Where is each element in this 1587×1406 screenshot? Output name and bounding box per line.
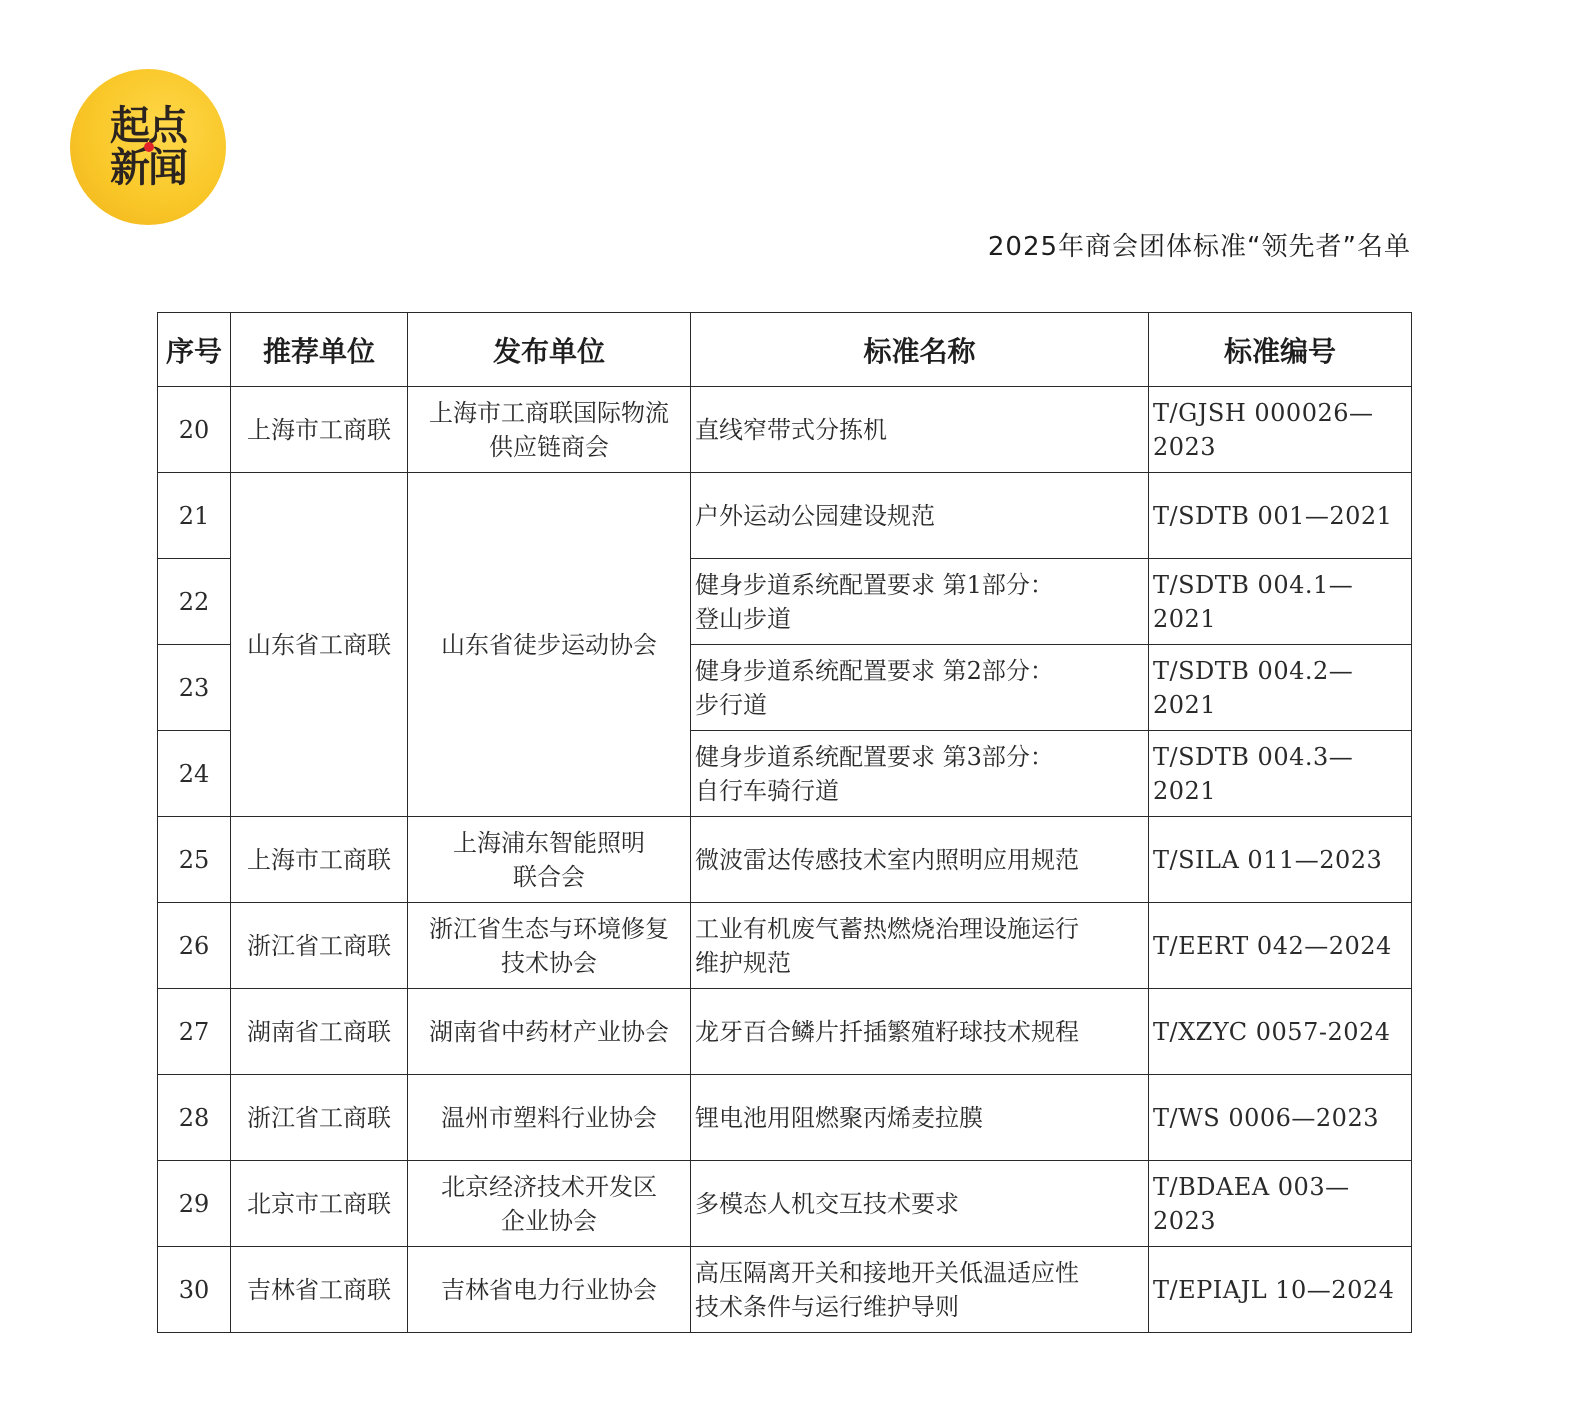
cell-standard-code: T/XZYC 0057-2024	[1149, 989, 1412, 1075]
table-row: 21 山东省工商联 山东省徒步运动协会 户外运动公园建设规范 T/SDTB 00…	[158, 473, 1412, 559]
cell-standard-code: T/BDAEA 003—2023	[1149, 1161, 1412, 1247]
table-row: 29 北京市工商联 北京经济技术开发区企业协会 多模态人机交互技术要求 T/BD…	[158, 1161, 1412, 1247]
cell-standard-name: 直线窄带式分拣机	[691, 387, 1149, 473]
cell-publisher: 山东省徒步运动协会	[408, 473, 691, 817]
cell-recommender: 浙江省工商联	[231, 903, 408, 989]
cell-no: 22	[158, 559, 231, 645]
cell-no: 23	[158, 645, 231, 731]
cell-no: 30	[158, 1247, 231, 1333]
cell-standard-name: 高压隔离开关和接地开关低温适应性技术条件与运行维护导则	[691, 1247, 1149, 1333]
cell-no: 26	[158, 903, 231, 989]
cell-standard-name: 健身步道系统配置要求 第2部分：步行道	[691, 645, 1149, 731]
logo-text-line2: 新闻	[110, 147, 186, 189]
cell-standard-name: 微波雷达传感技术室内照明应用规范	[691, 817, 1149, 903]
cell-publisher: 湖南省中药材产业协会	[408, 989, 691, 1075]
table-header-row: 序号 推荐单位 发布单位 标准名称 标准编号	[158, 313, 1412, 387]
cell-no: 28	[158, 1075, 231, 1161]
table-row: 20 上海市工商联 上海市工商联国际物流供应链商会 直线窄带式分拣机 T/GJS…	[158, 387, 1412, 473]
cell-standard-code: T/EERT 042—2024	[1149, 903, 1412, 989]
cell-no: 25	[158, 817, 231, 903]
cell-recommender: 北京市工商联	[231, 1161, 408, 1247]
cell-standard-code: T/SDTB 004.1—2021	[1149, 559, 1412, 645]
cell-publisher: 吉林省电力行业协会	[408, 1247, 691, 1333]
header-publisher: 发布单位	[408, 313, 691, 387]
cell-standard-code: T/SDTB 004.3—2021	[1149, 731, 1412, 817]
cell-publisher: 温州市塑料行业协会	[408, 1075, 691, 1161]
cell-standard-name: 工业有机废气蓄热燃烧治理设施运行维护规范	[691, 903, 1149, 989]
cell-standard-name: 龙牙百合鳞片扦插繁殖籽球技术规程	[691, 989, 1149, 1075]
cell-publisher: 上海市工商联国际物流供应链商会	[408, 387, 691, 473]
cell-standard-code: T/SILA 011—2023	[1149, 817, 1412, 903]
header-recommender: 推荐单位	[231, 313, 408, 387]
document-title: 2025年商会团体标准“领先者”名单	[988, 226, 1411, 263]
cell-recommender: 山东省工商联	[231, 473, 408, 817]
cell-no: 27	[158, 989, 231, 1075]
table-row: 28 浙江省工商联 温州市塑料行业协会 锂电池用阻燃聚丙烯麦拉膜 T/WS 00…	[158, 1075, 1412, 1161]
cell-recommender: 上海市工商联	[231, 387, 408, 473]
cell-publisher: 上海浦东智能照明联合会	[408, 817, 691, 903]
cell-no: 24	[158, 731, 231, 817]
cell-standard-code: T/GJSH 000026—2023	[1149, 387, 1412, 473]
cell-standard-code: T/WS 0006—2023	[1149, 1075, 1412, 1161]
header-no: 序号	[158, 313, 231, 387]
table-row: 30 吉林省工商联 吉林省电力行业协会 高压隔离开关和接地开关低温适应性技术条件…	[158, 1247, 1412, 1333]
cell-standard-name: 多模态人机交互技术要求	[691, 1161, 1149, 1247]
cell-standard-name: 健身步道系统配置要求 第1部分：登山步道	[691, 559, 1149, 645]
cell-standard-name: 健身步道系统配置要求 第3部分：自行车骑行道	[691, 731, 1149, 817]
header-standard-name: 标准名称	[691, 313, 1149, 387]
logo-red-dot-icon	[144, 142, 154, 152]
cell-publisher: 北京经济技术开发区企业协会	[408, 1161, 691, 1247]
header-standard-code: 标准编号	[1149, 313, 1412, 387]
table-row: 27 湖南省工商联 湖南省中药材产业协会 龙牙百合鳞片扦插繁殖籽球技术规程 T/…	[158, 989, 1412, 1075]
table-row: 26 浙江省工商联 浙江省生态与环境修复技术协会 工业有机废气蓄热燃烧治理设施运…	[158, 903, 1412, 989]
cell-recommender: 上海市工商联	[231, 817, 408, 903]
cell-no: 29	[158, 1161, 231, 1247]
cell-standard-code: T/EPIAJL 10—2024	[1149, 1247, 1412, 1333]
standards-table: 序号 推荐单位 发布单位 标准名称 标准编号 20 上海市工商联 上海市工商联国…	[157, 312, 1412, 1333]
cell-standard-code: T/SDTB 004.2—2021	[1149, 645, 1412, 731]
cell-standard-name: 锂电池用阻燃聚丙烯麦拉膜	[691, 1075, 1149, 1161]
cell-recommender: 吉林省工商联	[231, 1247, 408, 1333]
cell-recommender: 浙江省工商联	[231, 1075, 408, 1161]
cell-standard-code: T/SDTB 001—2021	[1149, 473, 1412, 559]
cell-no: 20	[158, 387, 231, 473]
cell-no: 21	[158, 473, 231, 559]
qidian-news-logo: 起点 新闻	[70, 69, 226, 225]
table-row: 25 上海市工商联 上海浦东智能照明联合会 微波雷达传感技术室内照明应用规范 T…	[158, 817, 1412, 903]
cell-standard-name: 户外运动公园建设规范	[691, 473, 1149, 559]
logo-text-line1: 起点	[110, 105, 186, 147]
cell-recommender: 湖南省工商联	[231, 989, 408, 1075]
cell-publisher: 浙江省生态与环境修复技术协会	[408, 903, 691, 989]
